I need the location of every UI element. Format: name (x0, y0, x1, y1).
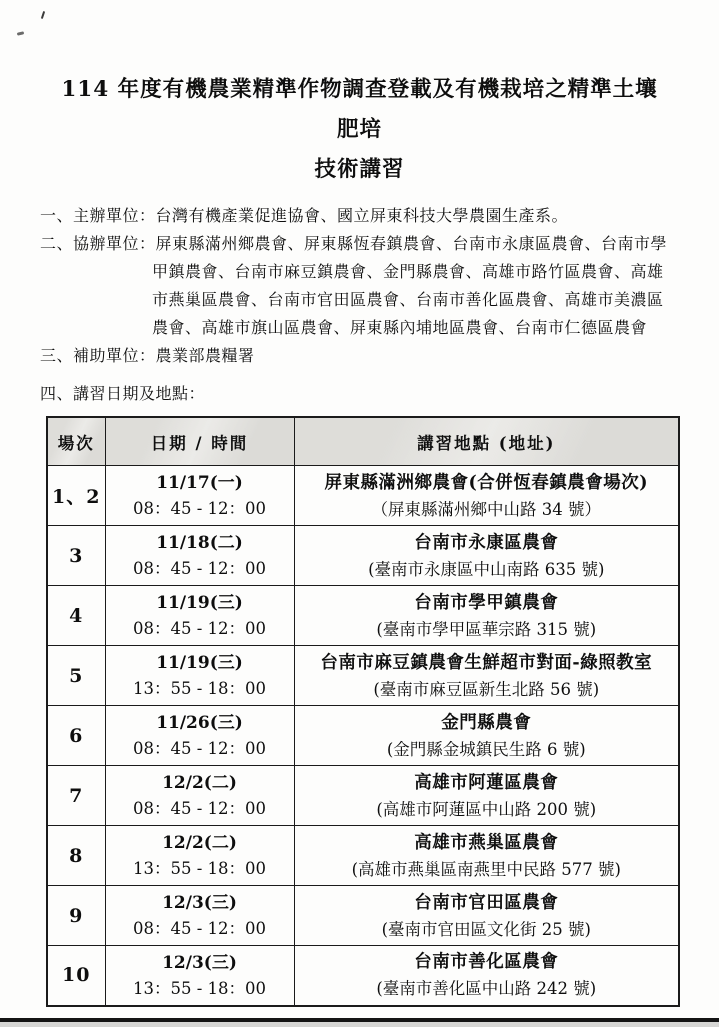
session-time: 08：45 - 12：00 (106, 916, 294, 941)
session-date: 11/26(三) (106, 710, 294, 736)
table-row: 3 11/18(二) 08：45 - 12：00 台南市永康區農會 (臺南市永康… (47, 526, 679, 586)
venue-name: 台南市學甲鎮農會 (295, 590, 679, 617)
session-date: 11/18(二) (106, 530, 294, 556)
venue-address: (臺南市麻豆區新生北路 56 號) (295, 677, 679, 702)
table-header-row: 場次 日期 / 時間 講習地點 (地址) (47, 417, 679, 466)
table-header: 場次 日期 / 時間 講習地點 (地址) (47, 417, 679, 466)
table-row: 5 11/19(三) 13：55 - 18：00 台南市麻豆鎮農會生鮮超市對面-… (47, 646, 679, 706)
session-date: 12/2(二) (106, 770, 294, 796)
venue-name: 台南市麻豆鎮農會生鮮超市對面-綠照教室 (295, 650, 679, 677)
session-time: 13：55 - 18：00 (106, 856, 294, 881)
datetime-cell: 11/17(一) 08：45 - 12：00 (105, 466, 294, 526)
venue-address: (臺南市永康區中山南路 635 號) (295, 557, 679, 582)
table-row: 9 12/3(三) 08：45 - 12：00 台南市官田區農會 (臺南市官田區… (47, 886, 679, 946)
venue-address: （屏東縣滿州鄉中山路 34 號） (295, 497, 679, 522)
datetime-cell: 12/2(二) 13：55 - 18：00 (105, 826, 294, 886)
venue-cell: 台南市永康區農會 (臺南市永康區中山南路 635 號) (294, 526, 679, 586)
numbered-section: 四、講習日期及地點： (40, 380, 677, 408)
session-date: 11/19(三) (106, 650, 294, 676)
venue-name: 台南市善化區農會 (295, 949, 679, 976)
session-date: 11/17(一) (106, 470, 294, 496)
scan-edge-shadow (0, 1022, 719, 1027)
datetime-cell: 12/3(三) 13：55 - 18：00 (105, 946, 294, 1006)
table-body: 1、2 11/17(一) 08：45 - 12：00 屏東縣滿洲鄉農會(合併恆春… (47, 466, 679, 1006)
session-cell: 3 (47, 526, 105, 586)
datetime-cell: 12/2(二) 08：45 - 12：00 (105, 766, 294, 826)
datetime-cell: 12/3(三) 08：45 - 12：00 (105, 886, 294, 946)
section-text: 台灣有機產業促進協會、國立屏東科技大學農園生產系。 (156, 206, 569, 225)
session-cell: 5 (47, 646, 105, 706)
venue-cell: 台南市麻豆鎮農會生鮮超市對面-綠照教室 (臺南市麻豆區新生北路 56 號) (294, 646, 679, 706)
table-row: 10 12/3(三) 13：55 - 18：00 台南市善化區農會 (臺南市善化… (47, 946, 679, 1006)
venue-address: (臺南市官田區文化街 25 號) (295, 917, 679, 942)
venue-cell: 高雄市阿蓮區農會 (高雄市阿蓮區中山路 200 號) (294, 766, 679, 826)
venue-name: 金門縣農會 (295, 710, 679, 737)
scan-artifact (17, 31, 24, 35)
venue-cell: 台南市官田區農會 (臺南市官田區文化街 25 號) (294, 886, 679, 946)
numbered-section: 一、主辦單位：台灣有機產業促進協會、國立屏東科技大學農園生產系。 (40, 202, 677, 230)
table-row: 1、2 11/17(一) 08：45 - 12：00 屏東縣滿洲鄉農會(合併恆春… (47, 466, 679, 526)
session-time: 08：45 - 12：00 (106, 616, 294, 641)
venue-address: (高雄市燕巢區南燕里中民路 577 號) (295, 857, 679, 882)
numbered-section: 二、協辦單位：屏東縣滿州鄉農會、屏東縣恆春鎮農會、台南市永康區農會、台南市學甲鎮… (40, 230, 677, 342)
venue-cell: 屏東縣滿洲鄉農會(合併恆春鎮農會場次) （屏東縣滿州鄉中山路 34 號） (294, 466, 679, 526)
session-date: 12/2(二) (106, 830, 294, 856)
venue-name: 台南市永康區農會 (295, 530, 679, 557)
session-date: 12/3(三) (106, 890, 294, 916)
session-cell: 9 (47, 886, 105, 946)
numbered-section: 三、補助單位：農業部農糧署 (40, 342, 677, 370)
session-time: 08：45 - 12：00 (106, 796, 294, 821)
venue-address: (高雄市阿蓮區中山路 200 號) (295, 797, 679, 822)
venue-address: (金門縣金城鎮民生路 6 號) (295, 737, 679, 762)
table-row: 8 12/2(二) 13：55 - 18：00 高雄市燕巢區農會 (高雄市燕巢區… (47, 826, 679, 886)
venue-cell: 高雄市燕巢區農會 (高雄市燕巢區南燕里中民路 577 號) (294, 826, 679, 886)
schedule-table: 場次 日期 / 時間 講習地點 (地址) 1、2 11/17(一) 08：45 … (46, 416, 680, 1007)
session-time: 13：55 - 18：00 (106, 676, 294, 701)
datetime-cell: 11/18(二) 08：45 - 12：00 (105, 526, 294, 586)
session-date: 12/3(三) (106, 950, 294, 976)
session-time: 13：55 - 18：00 (106, 976, 294, 1001)
section-text: 農業部農糧署 (156, 346, 255, 365)
document-title-line-2: 技術講習 (60, 150, 659, 190)
session-cell: 7 (47, 766, 105, 826)
section-list: 一、主辦單位：台灣有機產業促進協會、國立屏東科技大學農園生產系。 二、協辦單位：… (40, 202, 677, 408)
session-cell: 8 (47, 826, 105, 886)
venue-name: 高雄市燕巢區農會 (295, 830, 679, 857)
section-label: 一、主辦單位： (40, 206, 156, 225)
venue-cell: 金門縣農會 (金門縣金城鎮民生路 6 號) (294, 706, 679, 766)
section-label: 三、補助單位： (40, 346, 156, 365)
venue-cell: 台南市善化區農會 (臺南市善化區中山路 242 號) (294, 946, 679, 1006)
venue-address: (臺南市學甲區華宗路 315 號) (295, 617, 679, 642)
datetime-cell: 11/19(三) 08：45 - 12：00 (105, 586, 294, 646)
venue-name: 台南市官田區農會 (295, 890, 679, 917)
session-cell: 1、2 (47, 466, 105, 526)
document-title-line-1: 114 年度有機農業精準作物調查登載及有機栽培之精準土壤肥培 (60, 70, 659, 150)
col-header-venue: 講習地點 (地址) (294, 417, 679, 466)
section-label: 四、講習日期及地點： (40, 384, 205, 403)
table-row: 7 12/2(二) 08：45 - 12：00 高雄市阿蓮區農會 (高雄市阿蓮區… (47, 766, 679, 826)
session-time: 08：45 - 12：00 (106, 556, 294, 581)
scanned-document-page: 114 年度有機農業精準作物調查登載及有機栽培之精準土壤肥培 技術講習 一、主辦… (0, 0, 719, 1027)
datetime-cell: 11/19(三) 13：55 - 18：00 (105, 646, 294, 706)
session-cell: 10 (47, 946, 105, 1006)
datetime-cell: 11/26(三) 08：45 - 12：00 (105, 706, 294, 766)
session-time: 08：45 - 12：00 (106, 496, 294, 521)
venue-name: 屏東縣滿洲鄉農會(合併恆春鎮農會場次) (295, 470, 679, 497)
table-row: 4 11/19(三) 08：45 - 12：00 台南市學甲鎮農會 (臺南市學甲… (47, 586, 679, 646)
session-date: 11/19(三) (106, 590, 294, 616)
scan-artifact (41, 11, 45, 19)
document-title: 114 年度有機農業精準作物調查登載及有機栽培之精準土壤肥培 技術講習 (60, 70, 659, 190)
venue-cell: 台南市學甲鎮農會 (臺南市學甲區華宗路 315 號) (294, 586, 679, 646)
session-cell: 4 (47, 586, 105, 646)
col-header-session: 場次 (47, 417, 105, 466)
col-header-datetime: 日期 / 時間 (105, 417, 294, 466)
session-time: 08：45 - 12：00 (106, 736, 294, 761)
venue-name: 高雄市阿蓮區農會 (295, 770, 679, 797)
section-text: 屏東縣滿州鄉農會、屏東縣恆春鎮農會、台南市永康區農會、台南市學甲鎮農會、台南市麻… (152, 234, 667, 337)
table-row: 6 11/26(三) 08：45 - 12：00 金門縣農會 (金門縣金城鎮民生… (47, 706, 679, 766)
venue-address: (臺南市善化區中山路 242 號) (295, 976, 679, 1001)
section-label: 二、協辦單位： (40, 234, 156, 253)
session-cell: 6 (47, 706, 105, 766)
